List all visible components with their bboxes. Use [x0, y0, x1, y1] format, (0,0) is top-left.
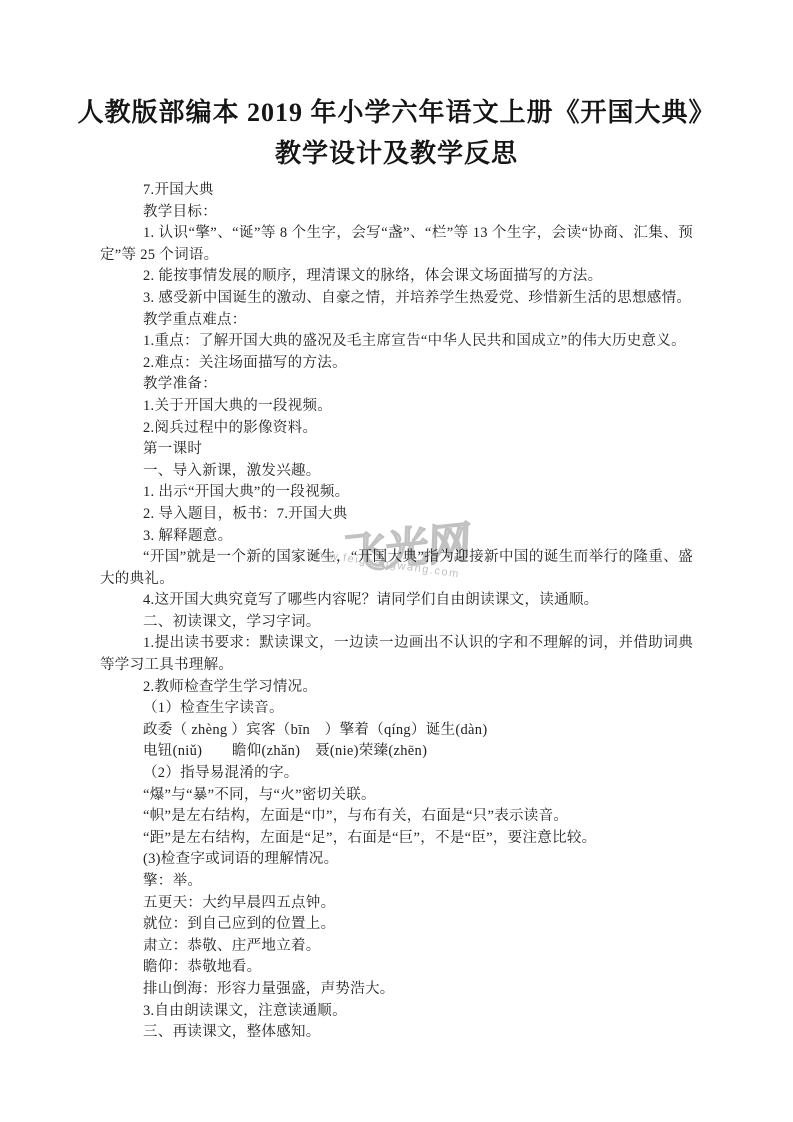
paragraph: 二、初读课文，学习字词。: [100, 612, 693, 634]
paragraph: 教学重点难点：: [100, 310, 693, 332]
document-title: 人教版部编本 2019 年小学六年语文上册《开国大典》 教学设计及教学反思: [50, 92, 743, 174]
paragraph: “帜”是左右结构，左面是“巾”，与布有关，右面是“只”表示读音。: [100, 806, 693, 828]
paragraph: 3.自由朗读课文，注意读通顺。: [100, 1001, 693, 1023]
paragraph: 2.阅兵过程中的影像资料。: [100, 418, 693, 440]
paragraph: 排山倒海：形容力量强盛，声势浩大。: [100, 979, 693, 1001]
paragraph: 瞻仰：恭敬地看。: [100, 957, 693, 979]
paragraph: 一、导入新课，激发兴趣。: [100, 461, 693, 483]
paragraph: 3. 感受新中国诞生的激动、自豪之情，并培养学生热爱党、珍惜新生活的思想感情。: [100, 288, 693, 310]
paragraph: “距”是左右结构，左面是“足”，右面是“巨”，不是“臣”，要注意比较。: [100, 828, 693, 850]
paragraph: 2.难点：关注场面描写的方法。: [100, 353, 693, 375]
paragraph: 第一课时: [100, 439, 693, 461]
paragraph: 1. 出示“开国大典”的一段视频。: [100, 482, 693, 504]
paragraph: “爆”与“暴”不同，与“火”密切关联。: [100, 785, 693, 807]
paragraph: 4.这开国大典究竟写了哪些内容呢？请同学们自由朗读课文，读通顺。: [100, 590, 693, 612]
paragraph: 电钮(niǔ) 瞻仰(zhǎn) 聂(nie)荣臻(zhēn): [100, 741, 693, 763]
paragraph: 1.提出读书要求：默读课文，一边读一边画出不认识的字和不理解的词，并借助词典等学…: [100, 633, 693, 676]
paragraph: 就位：到自己应到的位置上。: [100, 914, 693, 936]
paragraph: 三、再读课文，整体感知。: [100, 1022, 693, 1044]
paragraph: （2）指导易混淆的字。: [100, 763, 693, 785]
paragraph: 五更天：大约早晨四五点钟。: [100, 893, 693, 915]
paragraph: 1.重点：了解开国大典的盛况及毛主席宣告“中华人民共和国成立”的伟大历史意义。: [100, 331, 693, 353]
document-body: 7.开国大典教学目标：1. 认识“擎”、“诞”等 8 个生字，会写“盏”、“栏”…: [100, 180, 693, 1044]
paragraph: 擎：举。: [100, 871, 693, 893]
paragraph: (3)检查字或词语的理解情况。: [100, 849, 693, 871]
paragraph: 3. 解释题意。: [100, 526, 693, 548]
paragraph: “开国”就是一个新的国家诞生，“开国大典”指为迎接新中国的诞生而举行的隆重、盛大…: [100, 547, 693, 590]
paragraph: 教学准备：: [100, 374, 693, 396]
document-page: 人教版部编本 2019 年小学六年语文上册《开国大典》 教学设计及教学反思 7.…: [0, 0, 793, 1122]
paragraph: 教学目标：: [100, 202, 693, 224]
paragraph: 2. 导入题目，板书：7.开国大典: [100, 504, 693, 526]
paragraph: 肃立：恭敬、庄严地立着。: [100, 936, 693, 958]
paragraph: 1. 认识“擎”、“诞”等 8 个生字，会写“盏”、“栏”等 13 个生字，会读…: [100, 223, 693, 266]
title-line-1: 人教版部编本 2019 年小学六年语文上册《开国大典》: [50, 92, 743, 133]
paragraph: 2.教师检查学生学习情况。: [100, 677, 693, 699]
title-line-2: 教学设计及教学反思: [50, 133, 743, 174]
paragraph: 2. 能按事情发展的顺序，理清课文的脉络，体会课文场面描写的方法。: [100, 266, 693, 288]
paragraph: （1）检查生字读音。: [100, 698, 693, 720]
paragraph: 政委（ zhèng ）宾客（bīn ）擎着（qíng）诞生(dàn): [100, 720, 693, 742]
paragraph: 7.开国大典: [100, 180, 693, 202]
paragraph: 1.关于开国大典的一段视频。: [100, 396, 693, 418]
